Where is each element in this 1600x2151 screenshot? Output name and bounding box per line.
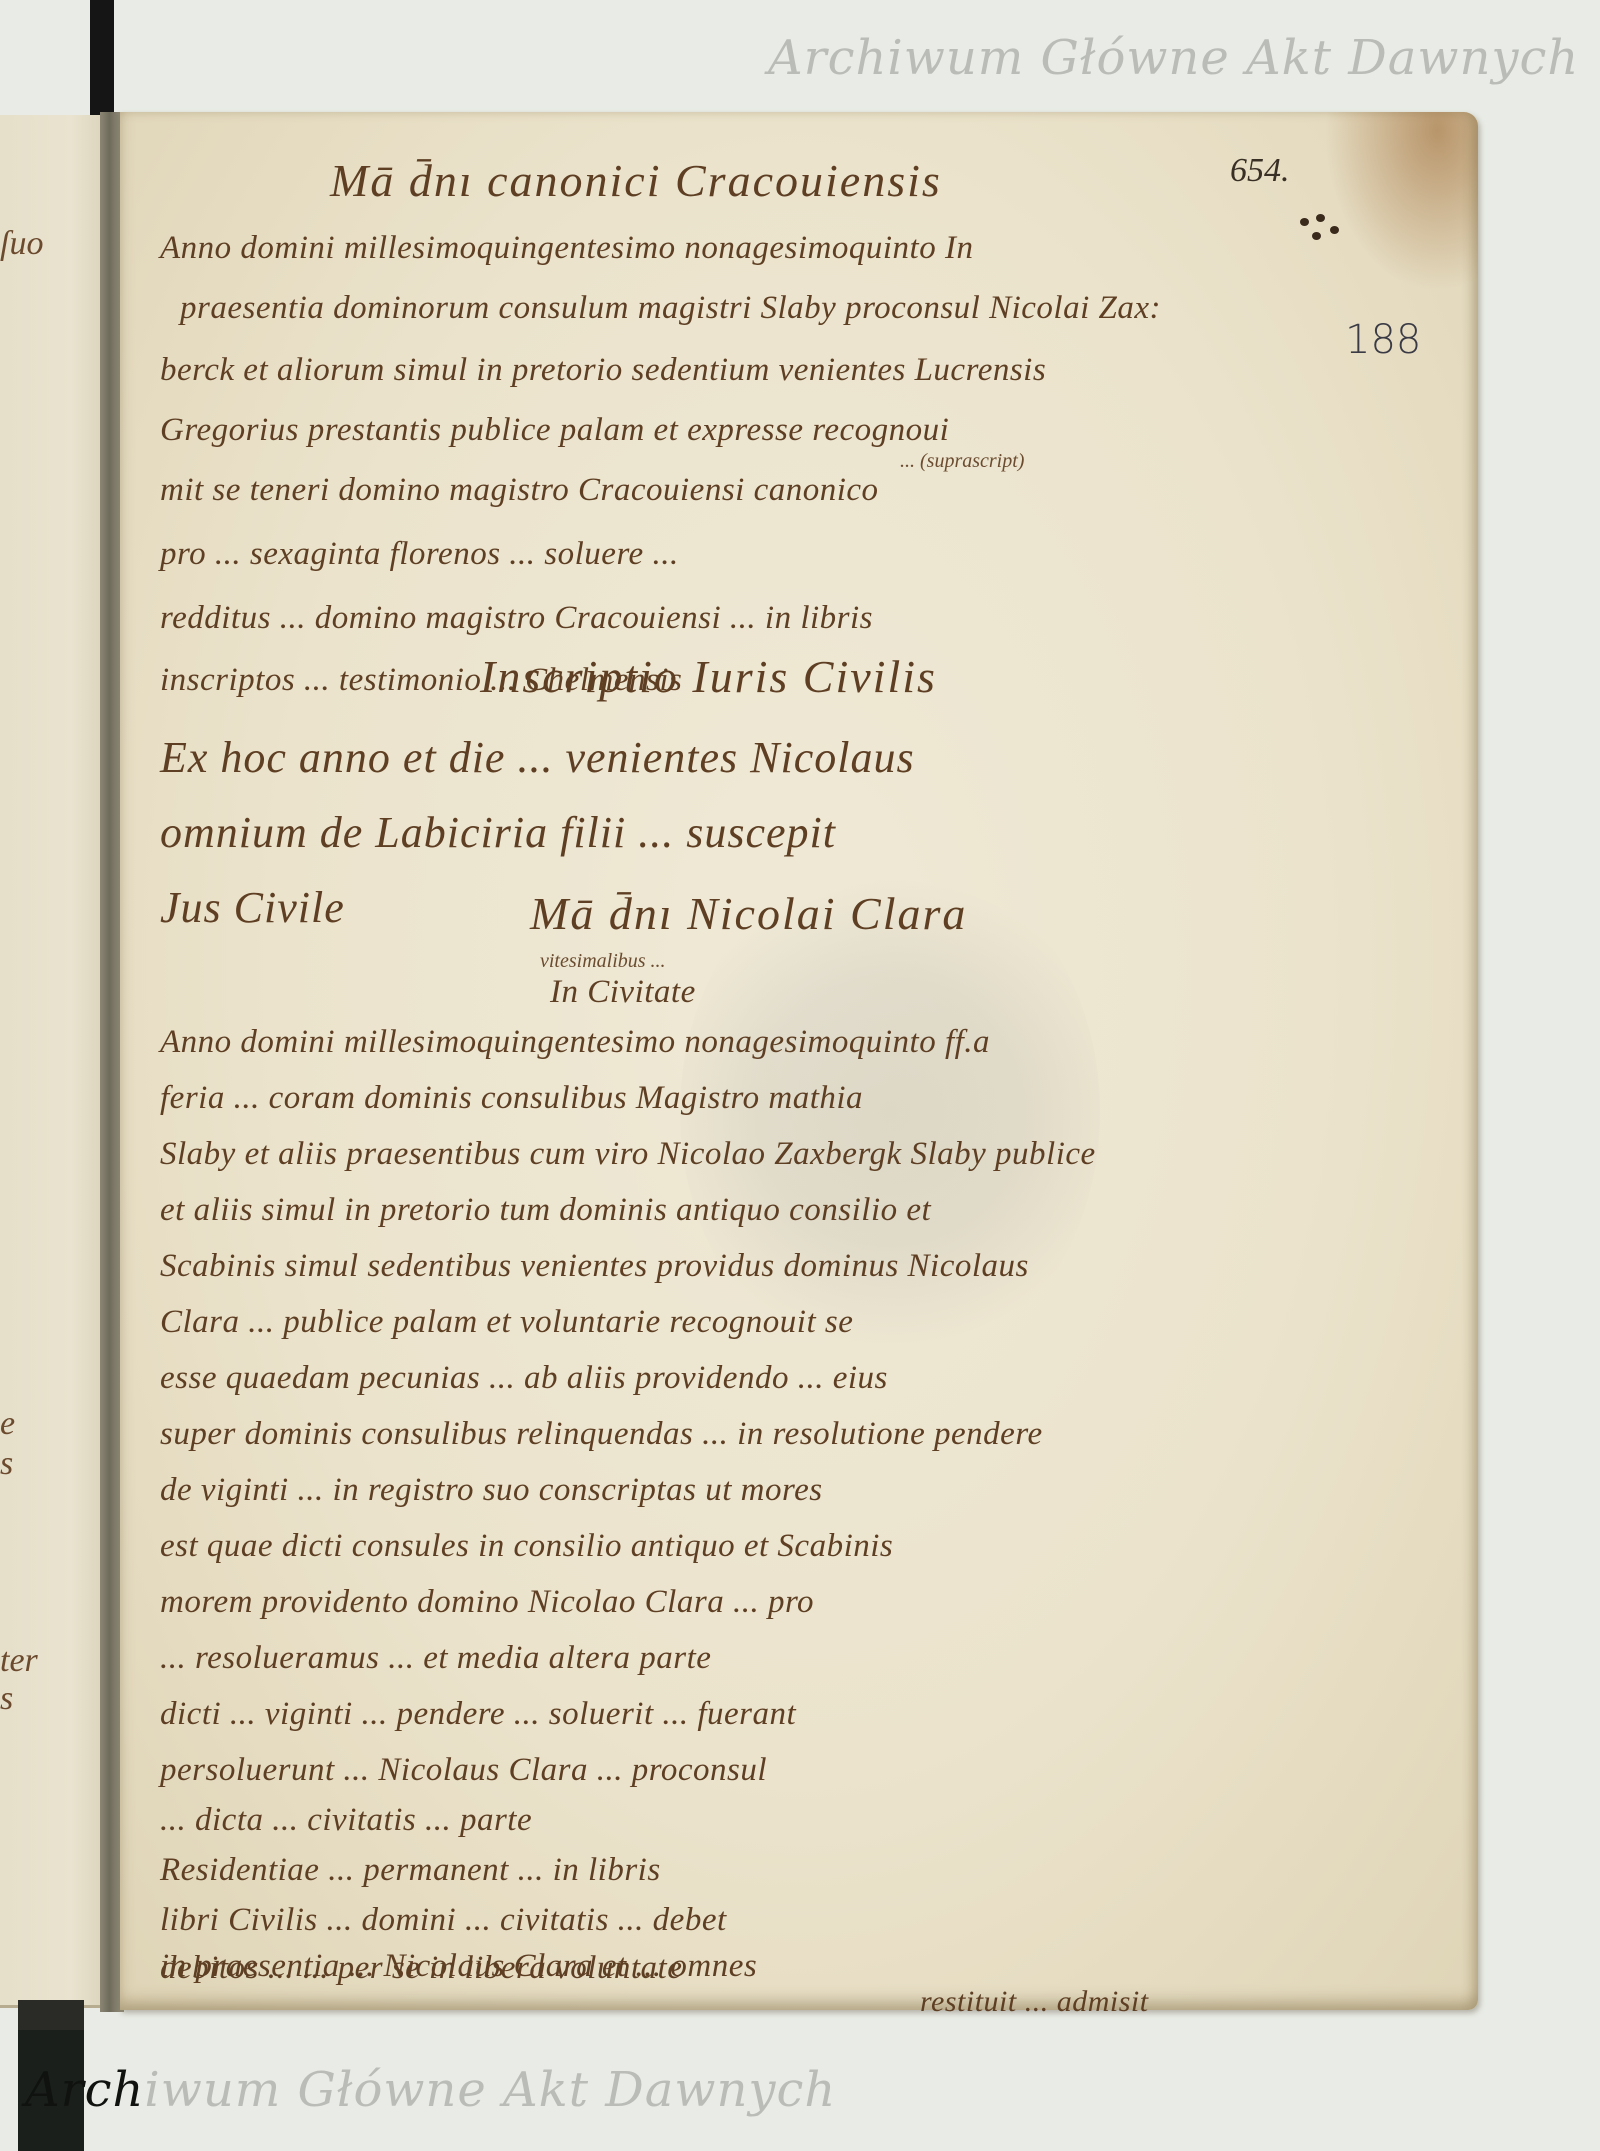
manuscript-line: esse quaedam pecunias ... ab aliis provi… xyxy=(160,1360,888,1397)
manuscript-line: feria ... coram dominis consulibus Magis… xyxy=(160,1080,863,1117)
manuscript-line: de viginti ... in registro suo conscript… xyxy=(160,1472,823,1509)
ink-blots xyxy=(1300,212,1360,252)
book-spine-shadow xyxy=(18,2000,84,2032)
watermark-dark-part: Arch xyxy=(25,2062,144,2118)
manuscript-line: super dominis consulibus relinquendas ..… xyxy=(160,1416,1043,1453)
margin-fragment: e xyxy=(0,1405,15,1443)
manuscript-line: mit se teneri domino magistro Cracouiens… xyxy=(160,472,879,509)
manuscript-line: redditus ... domino magistro Cracouiensi… xyxy=(160,600,873,637)
manuscript-line: Residentiae ... permanent ... in libris xyxy=(160,1852,661,1889)
facing-page-left: ſuo e s ter s xyxy=(0,115,102,2008)
margin-fragment: s xyxy=(0,1680,13,1718)
manuscript-line: libri Civilis ... domini ... civitatis .… xyxy=(160,1902,727,1939)
manuscript-line: Slaby et aliis praesentibus cum viro Nic… xyxy=(160,1136,1096,1173)
book-spine-top xyxy=(90,0,114,118)
entry-heading: Mā d̄nı Nicolai Clara xyxy=(530,887,967,940)
watermark-light-part: iwum Główne Akt Dawnych xyxy=(144,2062,836,2118)
manuscript-line: praesentia dominorum consulum magistri S… xyxy=(180,290,1161,327)
manuscript-line: Scabinis simul sedentibus venientes prov… xyxy=(160,1248,1029,1285)
archive-watermark-top: Archiwum Główne Akt Dawnych xyxy=(768,30,1579,86)
manuscript-line: ... dicta ... civitatis ... parte xyxy=(160,1802,532,1839)
old-folio-number: 654. xyxy=(1230,152,1290,190)
manuscript-line: persoluerunt ... Nicolaus Clara ... proc… xyxy=(160,1752,767,1789)
entry-heading: Mā d̄nı canonici Cracouiensis xyxy=(330,154,942,207)
manuscript-line: Anno domini millesimoquingentesimo nonag… xyxy=(160,1024,990,1061)
manuscript-line: ... resolueramus ... et media altera par… xyxy=(160,1640,711,1677)
manuscript-line: et aliis simul in pretorio tum dominis a… xyxy=(160,1192,931,1229)
manuscript-line: Clara ... publice palam et voluntarie re… xyxy=(160,1304,853,1341)
manuscript-line: berck et aliorum simul in pretorio seden… xyxy=(160,352,1046,389)
entry-subheading: In Civitate xyxy=(550,974,696,1011)
manuscript-line: dicti ... viginti ... pendere ... soluer… xyxy=(160,1696,796,1733)
margin-fragment: ſuo xyxy=(0,225,43,263)
manuscript-line: est quae dicti consules in consilio anti… xyxy=(160,1528,893,1565)
manuscript-line: debitos ... ... per se in libera volunta… xyxy=(160,1950,682,1987)
manuscript-line: omnium de Labiciria filii ... suscepit xyxy=(160,807,836,858)
manuscript-line: morem providento domino Nicolao Clara ..… xyxy=(160,1584,814,1621)
archive-watermark-bottom: Archiwum Główne Akt Dawnych xyxy=(25,2062,836,2118)
interlinear-note: vitesimalibus ... xyxy=(540,950,666,973)
manuscript-line: Anno domini millesimoquingentesimo nonag… xyxy=(160,230,973,267)
manuscript-line: pro ... sexaginta florenos ... soluere .… xyxy=(160,536,679,573)
margin-fragment: ter xyxy=(0,1642,38,1680)
interlinear-note: ... (suprascript) xyxy=(900,450,1024,473)
manuscript-line: restituit ... admisit xyxy=(920,1985,1149,2019)
manuscript-line: Gregorius prestantis publice palam et ex… xyxy=(160,412,949,449)
folio-number: 188 xyxy=(1345,317,1421,363)
manuscript-page: Mā d̄nı canonici Cracouiensis Anno domi… xyxy=(120,112,1478,2010)
margin-fragment: s xyxy=(0,1445,13,1483)
entry-heading: Inscriptio Iuris Civilis xyxy=(480,650,937,703)
manuscript-line: Jus Civile xyxy=(160,882,345,933)
manuscript-line: Ex hoc anno et die ... venientes Nicolau… xyxy=(160,732,915,783)
